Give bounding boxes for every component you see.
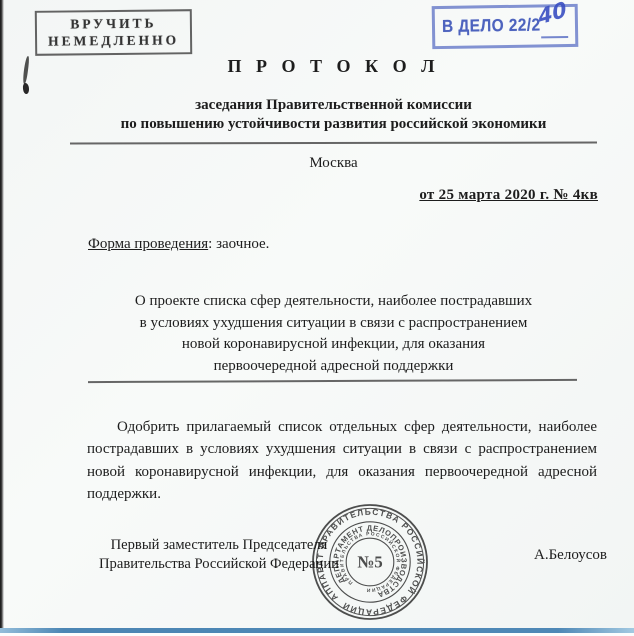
subject-line: О проекте списка сфер деятельности, наиб…: [70, 291, 597, 313]
urgent-stamp-line1: ВРУЧИТЬ: [70, 16, 156, 33]
subject-rule: [88, 379, 577, 383]
header-rule: [70, 142, 597, 145]
scanned-protocol-page: ВРУЧИТЬ НЕМЕДЛЕННО В ДЕЛО 22/2 40 П Р О …: [0, 0, 634, 636]
form-of-meeting-line: Форма проведения: заочное.: [88, 236, 269, 253]
body-line: пострадавших в условиях ухудшения ситуац…: [87, 438, 597, 460]
urgent-stamp: ВРУЧИТЬ НЕМЕДЛЕННО: [35, 9, 192, 56]
date-and-number: от 25 марта 2020 г. № 4кв: [419, 187, 598, 204]
subtitle-line2: по повышению устойчивости развития росси…: [70, 115, 597, 134]
subtitle-line1: заседания Правительственной комиссии: [70, 96, 597, 115]
ink-blot-dot: [22, 83, 29, 95]
urgent-stamp-line2: НЕМЕДЛЕННО: [48, 32, 179, 50]
resolution-paragraph: Одобрить прилагаемый список отдельных сф…: [87, 416, 597, 505]
official-round-seal: АППАРАТ ПРАВИТЕЛЬСТВА РОССИЙСКОЙ ФЕДЕРАЦ…: [308, 500, 432, 624]
signature-name: А.Белоусов: [534, 547, 607, 564]
document-subtitle: заседания Правительственной комиссии по …: [70, 96, 597, 134]
subject-line: первоочередной адресной поддержки: [70, 356, 597, 378]
document-title: П Р О Т О К О Л: [70, 56, 597, 77]
case-file-stamp: В ДЕЛО 22/2 40: [432, 4, 579, 49]
city-label: Москва: [70, 155, 597, 172]
seal-center-number: №5: [357, 553, 383, 572]
case-file-stamp-label: В ДЕЛО 22/2: [442, 14, 541, 37]
form-value: : заочное.: [208, 236, 269, 252]
case-file-stamp-blank-line: [541, 36, 568, 38]
subject-line: в условиях ухудшения ситуации в связи с …: [70, 313, 597, 335]
body-line: Одобрить прилагаемый список отдельных сф…: [87, 416, 597, 438]
ink-blot: [22, 56, 32, 102]
form-label: Форма проведения: [88, 236, 208, 252]
scan-edge-shadow: [0, 0, 4, 636]
subject-line: новой коронавирусной инфекции, для оказа…: [70, 334, 597, 356]
handwritten-number: 40: [537, 0, 569, 29]
ink-blot-tail: [22, 56, 29, 84]
subject-paragraph: О проекте списка сфер деятельности, наиб…: [70, 291, 597, 377]
body-line: новой коронавирусной инфекции, для оказа…: [87, 461, 597, 483]
